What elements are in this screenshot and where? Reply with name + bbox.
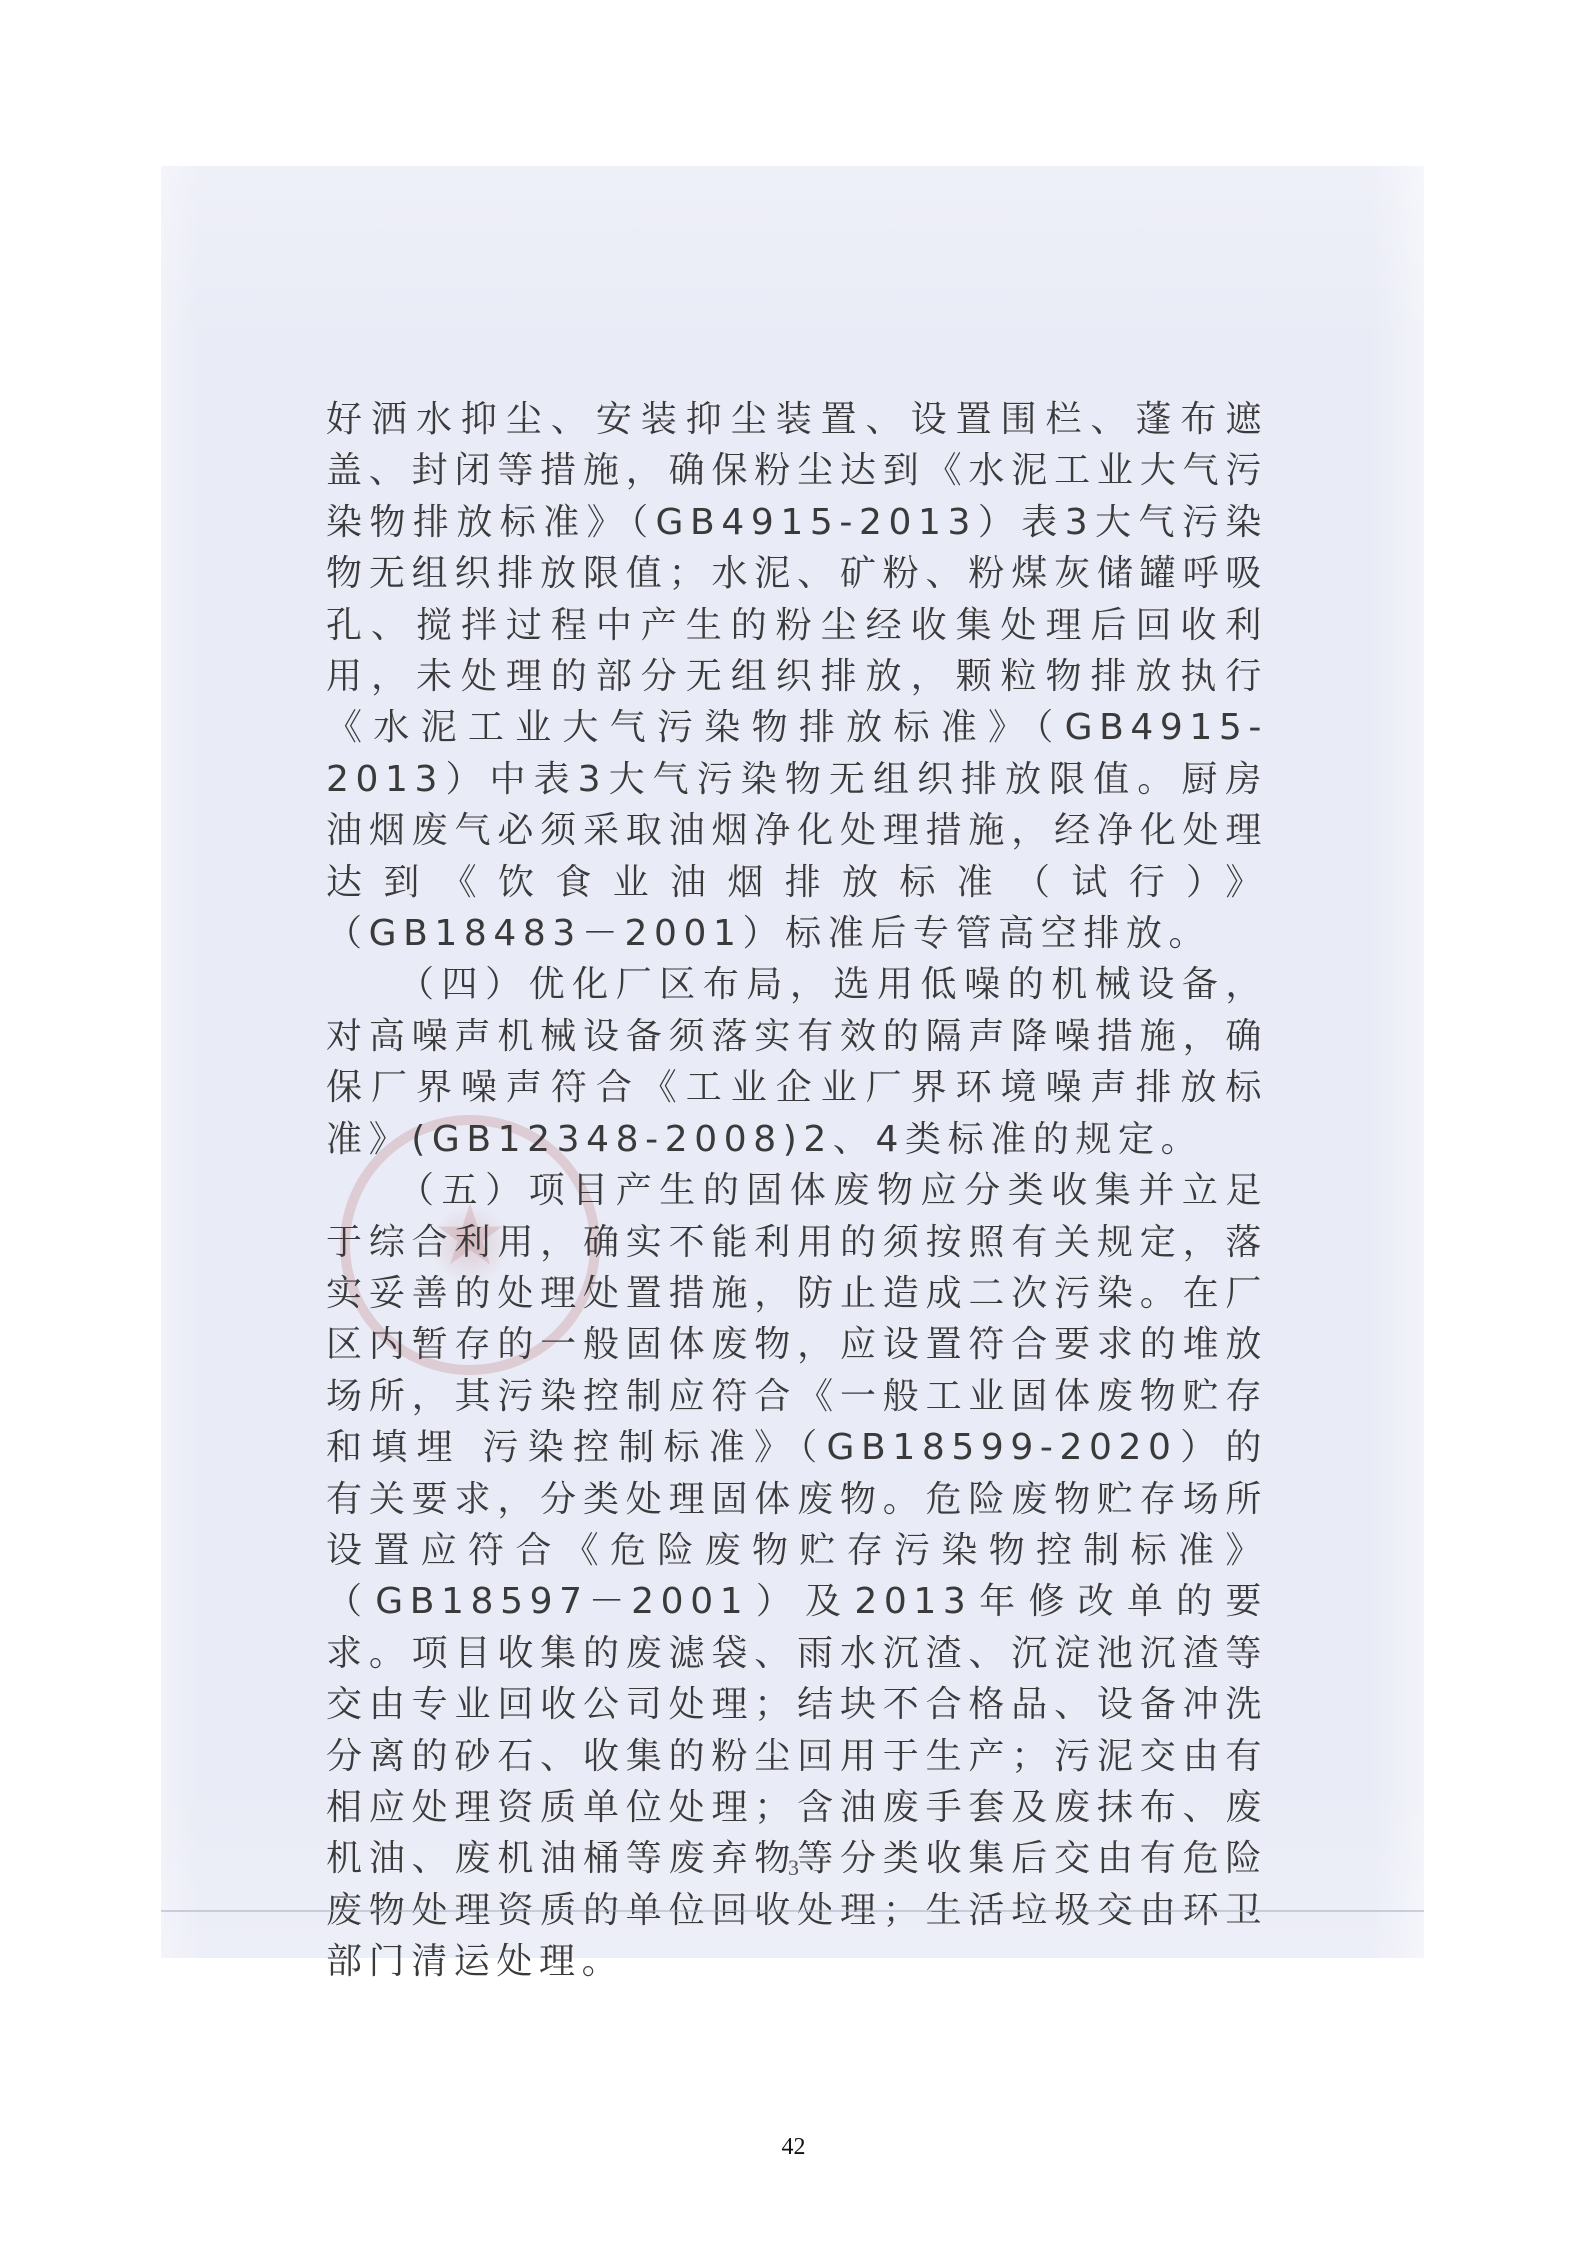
- inner-page-number: 3: [0, 1855, 1587, 1881]
- scan-divider-line: [161, 1910, 1424, 1912]
- outer-page-number: 42: [0, 2134, 1587, 2161]
- document-body: 好洒水抑尘、安装抑尘装置、设置围栏、蓬布遮盖、封闭等措施，确保粉尘达到《水泥工业…: [326, 394, 1268, 1988]
- paragraph-noise-control: （四）优化厂区布局，选用低噪的机械设备，对高噪声机械设备须落实有效的隔声降噪措施…: [326, 959, 1268, 1165]
- paragraph-air-emissions: 好洒水抑尘、安装抑尘装置、设置围栏、蓬布遮盖、封闭等措施，确保粉尘达到《水泥工业…: [326, 394, 1268, 959]
